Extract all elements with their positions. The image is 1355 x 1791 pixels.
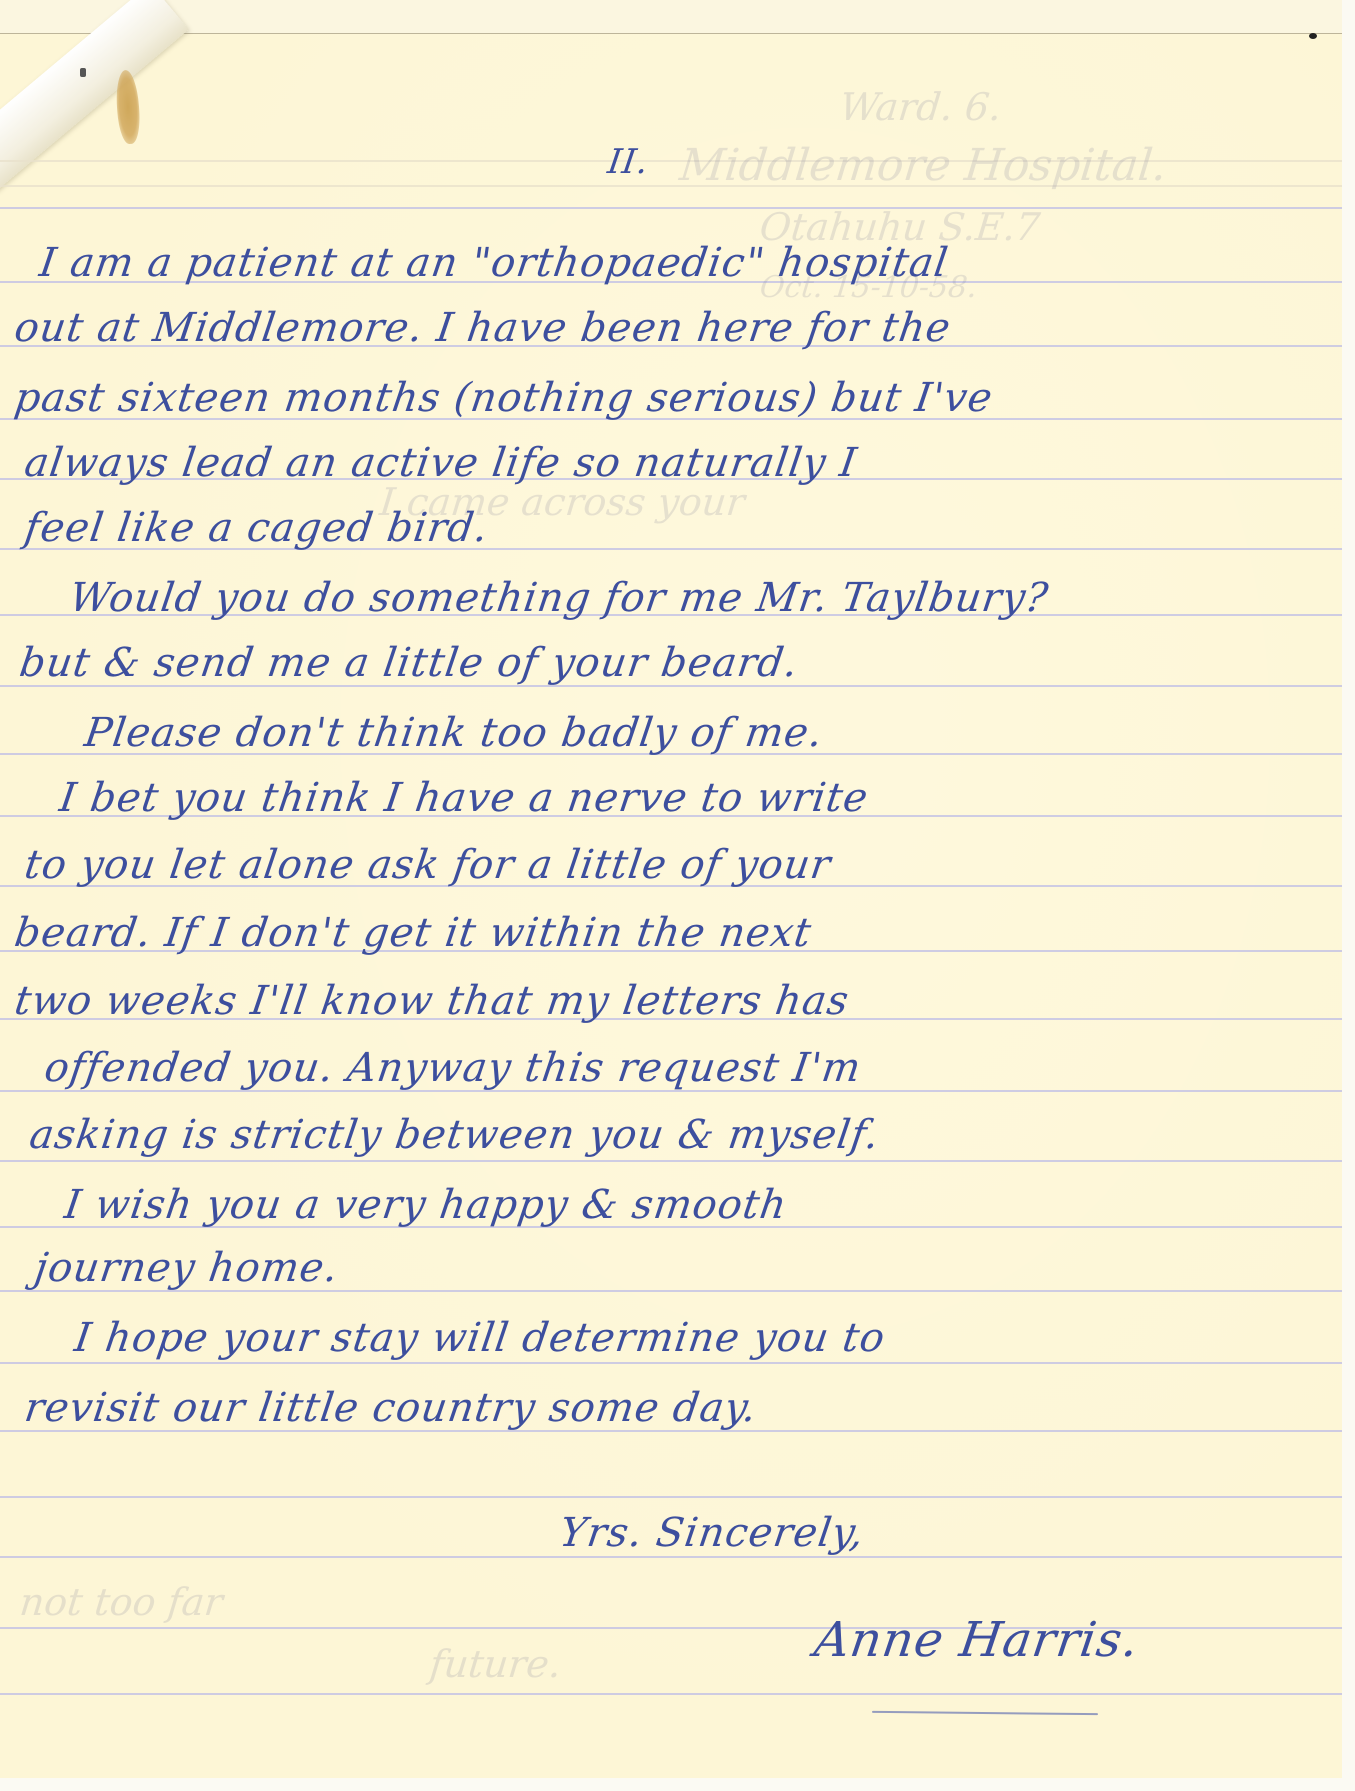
letter-line: beard. If I don't get it within the next: [12, 910, 815, 956]
letter-line: Please don't think too badly of me.: [82, 710, 826, 756]
rule-line: [0, 1496, 1342, 1498]
bleed-through-address-1: Ward. 6.: [838, 85, 1004, 129]
bleed-through-address-2: Middlemore Hospital.: [677, 140, 1169, 191]
rule-line: [0, 1362, 1342, 1364]
rule-line: [0, 1160, 1342, 1162]
bleed-through-fragment: not too far: [18, 1580, 225, 1624]
staple-hole: [80, 68, 86, 77]
bleed-through-fragment: future.: [428, 1642, 564, 1686]
letter-closing: Yrs. Sincerely,: [557, 1510, 868, 1556]
letter-line: past sixteen months (nothing serious) bu…: [12, 375, 996, 421]
ink-dot: [1309, 33, 1317, 39]
letter-line: out at Middlemore. I have been here for …: [12, 305, 954, 351]
letter-line: to you let alone ask for a little of you…: [22, 842, 834, 888]
rule-line: [0, 1556, 1342, 1558]
letter-line: I wish you a very happy & smooth: [62, 1182, 790, 1228]
letter-line: journey home.: [32, 1245, 342, 1291]
rule-line: [0, 207, 1342, 209]
letter-line: Would you do something for me Mr. Taylbu…: [67, 575, 1052, 621]
scan-background-right: [1342, 0, 1355, 1791]
rule-line: [0, 1693, 1342, 1695]
letter-line: always lead an active life so naturally …: [22, 440, 860, 486]
letter-line: feel like a caged bird.: [22, 505, 492, 551]
scan-background-bottom: [0, 1778, 1355, 1791]
letter-line: I hope your stay will determine you to: [72, 1315, 889, 1361]
letter-line: two weeks I'll know that my letters has: [12, 978, 852, 1024]
page-number-marker: II.: [605, 142, 651, 182]
letter-line: offended you. Anyway this request I'm: [42, 1045, 864, 1091]
signature: Anne Harris.: [811, 1612, 1143, 1668]
letter-line: I bet you think I have a nerve to write: [57, 775, 872, 821]
letter-line: but & send me a little of your beard.: [17, 640, 801, 686]
scan-background-top: [0, 0, 1355, 34]
letter-line: asking is strictly between you & myself.: [27, 1112, 883, 1158]
letter-line: I am a patient at an "orthopaedic" hospi…: [37, 240, 952, 286]
letter-line: revisit our little country some day.: [22, 1385, 760, 1431]
